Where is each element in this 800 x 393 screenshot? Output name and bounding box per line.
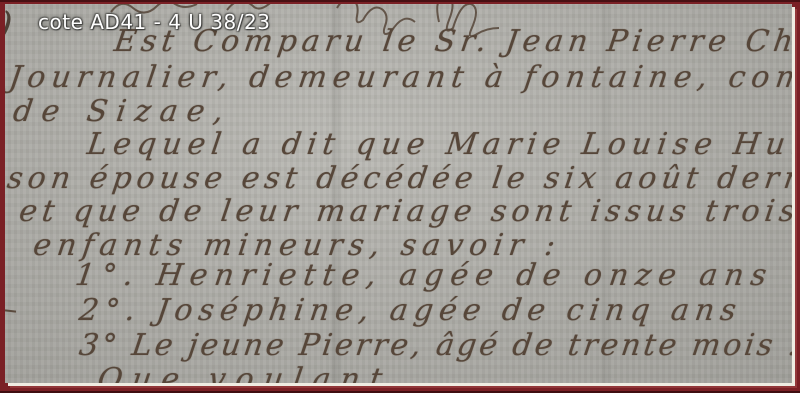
handwriting-line-4: Lequel a dit que Marie Louise Hurson <box>85 127 792 162</box>
archive-cote-label: cote AD41 - 4 U 38/23 <box>38 10 270 34</box>
handwriting-line-10: 3° Le jeune Pierre, âgé de trente mois . <box>77 328 792 363</box>
handwriting-line-2: Journalier, demeurant à fontaine, commun… <box>7 60 792 95</box>
handwriting-line-5: son épouse est décédée le six août derni… <box>5 161 792 196</box>
handwriting-line-11: Que voulant <box>95 362 394 383</box>
margin-mark: ) <box>5 4 16 48</box>
handwriting-line-8: 1°. Henriette, agée de onze ans <box>73 258 776 293</box>
left-margin-tick <box>5 309 16 312</box>
handwriting-line-3: de Sizae, <box>11 94 235 129</box>
scan-frame: cote AD41 - 4 U 38/23 ) Est Comparu le S… <box>0 0 800 393</box>
handwriting-line-6: et que de leur mariage sont issus trois <box>17 194 792 229</box>
manuscript-page: cote AD41 - 4 U 38/23 ) Est Comparu le S… <box>5 4 792 383</box>
handwriting-line-9: 2°. Joséphine, agée de cinq ans <box>77 293 744 328</box>
